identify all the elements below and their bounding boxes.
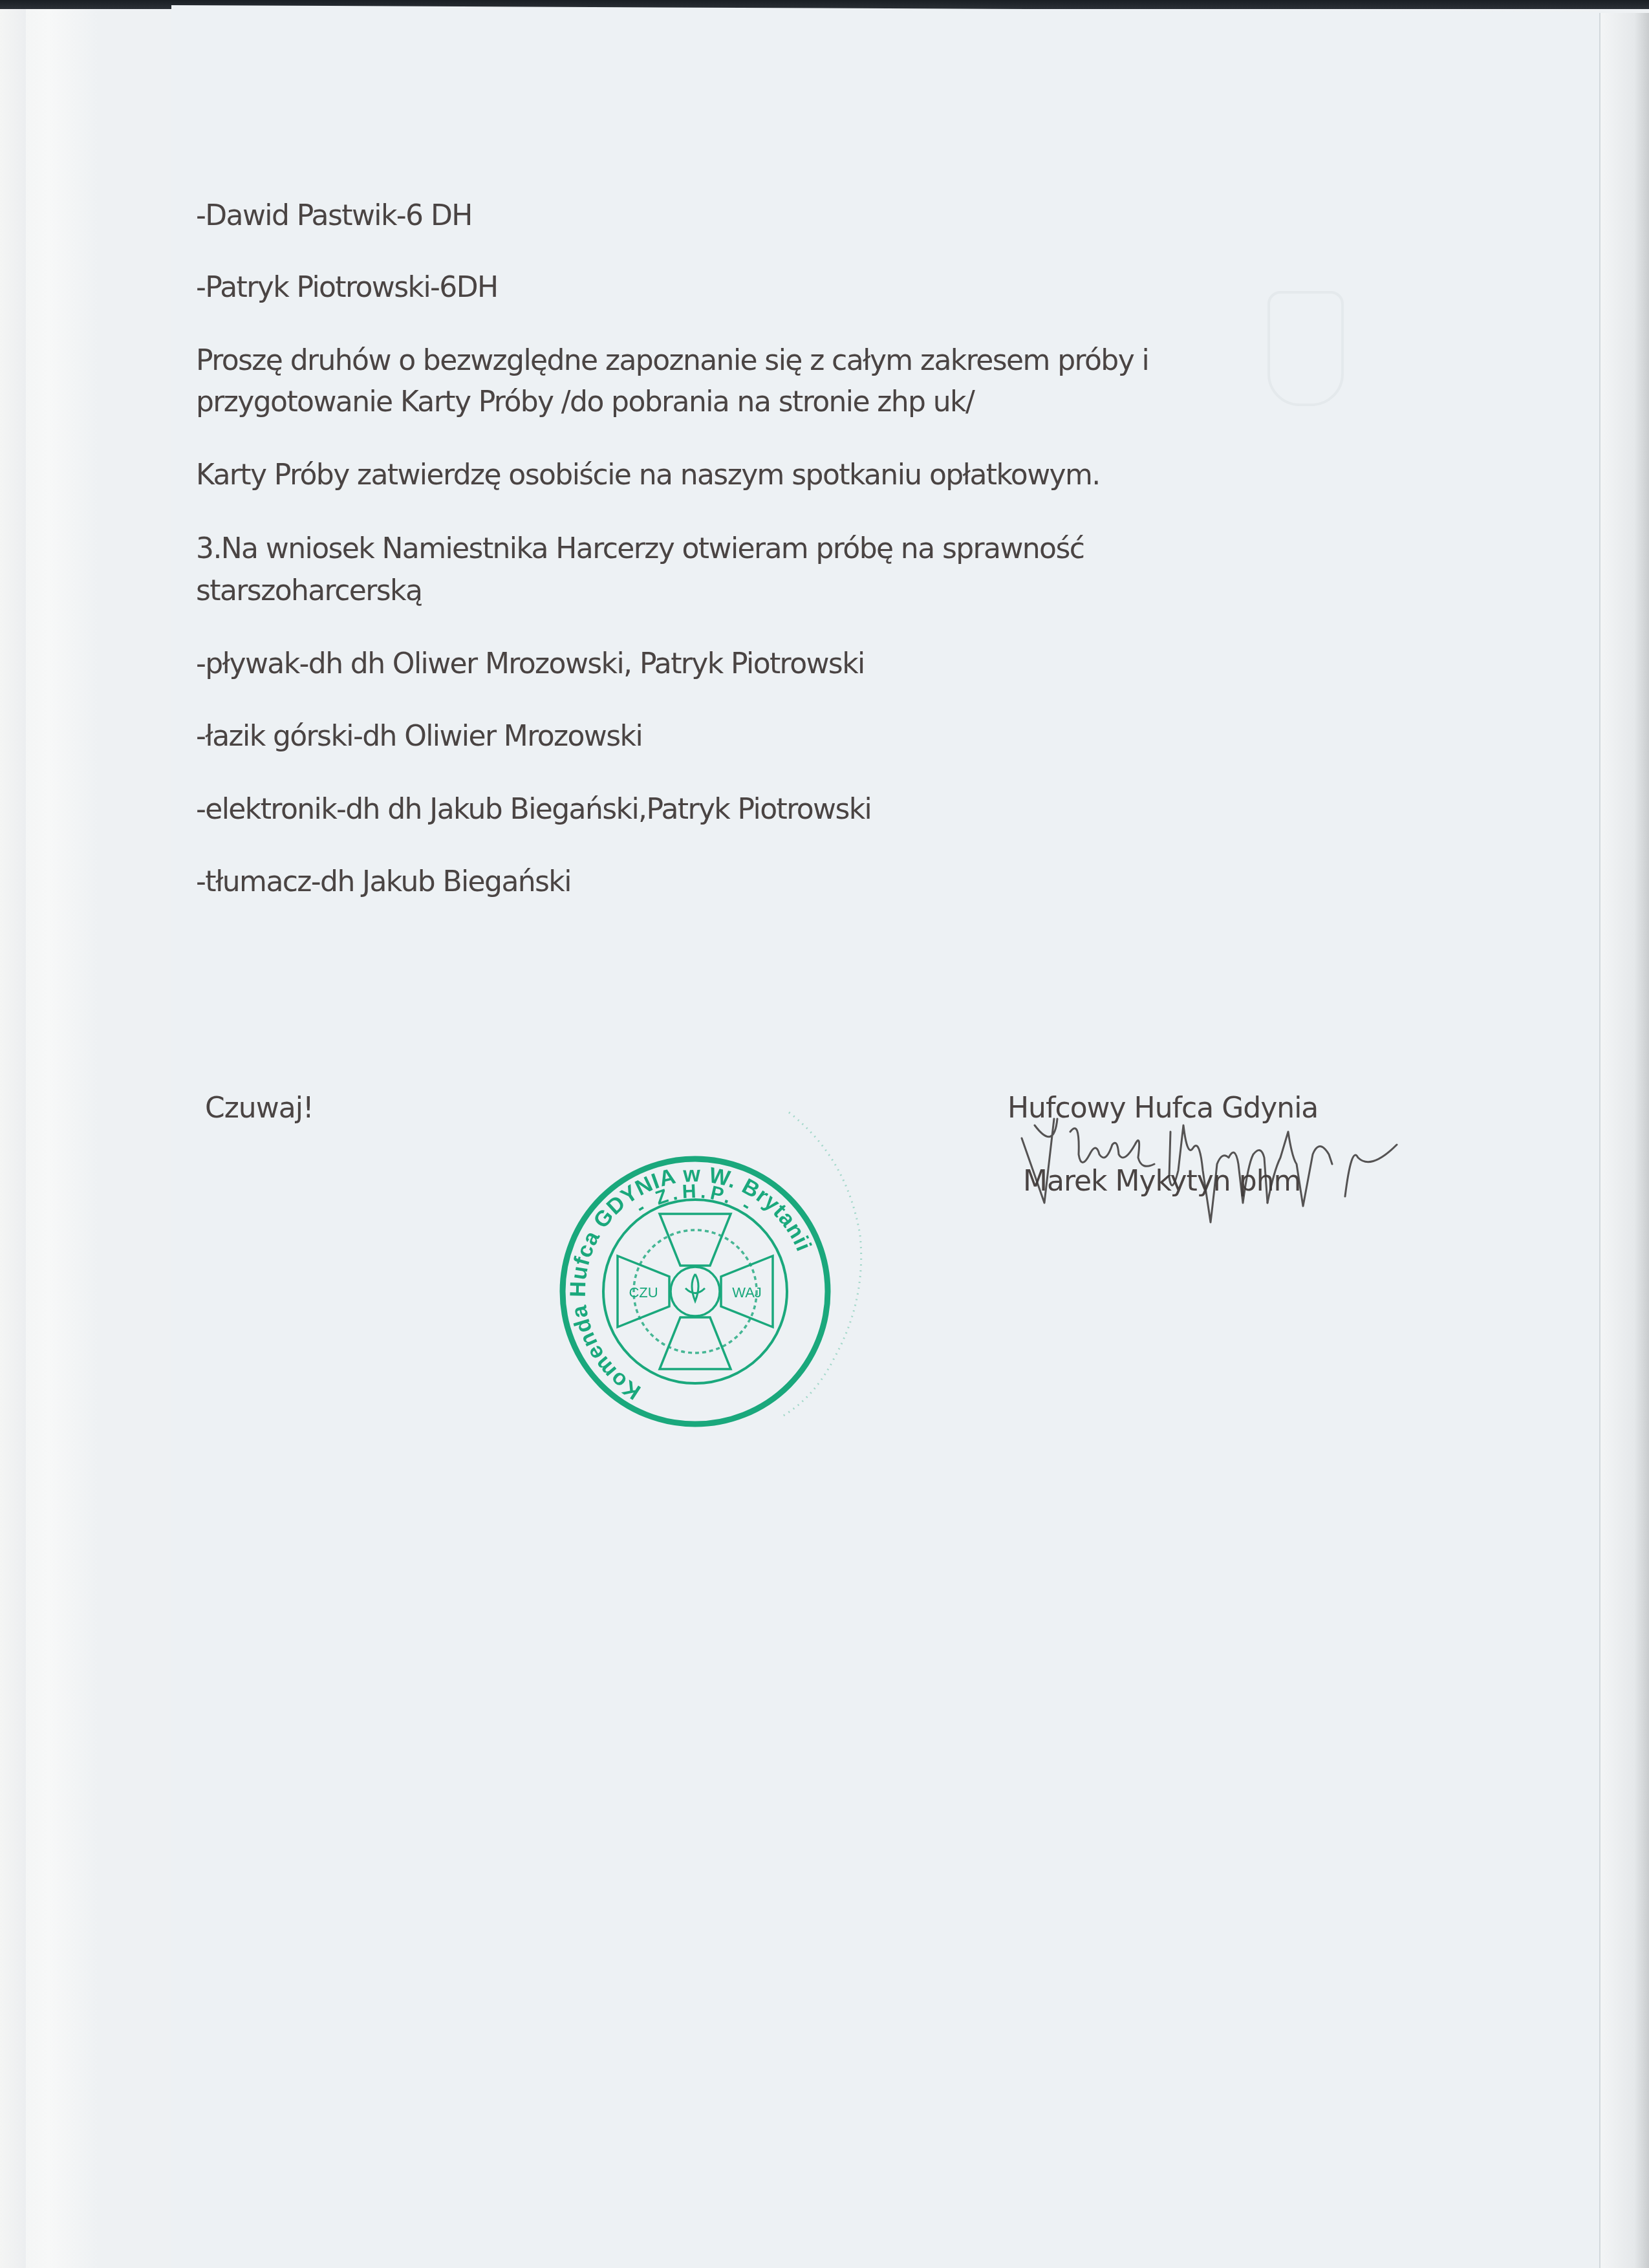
recipient-line: -Patryk Piotrowski-6DH — [196, 274, 498, 302]
stamp-cross-right-text: WAJ — [732, 1284, 762, 1301]
recipient-line: -Dawid Pastwik-6 DH — [196, 202, 472, 230]
approval-note: Karty Próby zatwierdzę osobiście na nasz… — [196, 461, 1100, 490]
zhp-official-stamp: - Z.H.P. - Komenda Hufca GDYNIA w W. Bry… — [556, 1152, 834, 1431]
section3-heading: starszoharcerską — [196, 577, 422, 605]
paper-fold-line — [1599, 13, 1600, 2268]
right-paper-edge — [1600, 13, 1649, 2268]
badge-item: -tłumacz-dh Jakub Biegański — [196, 868, 571, 896]
badge-item: -łazik górski-dh Oliwier Mrozowski — [196, 722, 642, 751]
left-paper-edge — [0, 9, 26, 2268]
handwritten-signature — [1009, 1093, 1423, 1235]
instruction-line: Proszę druhów o bezwzględne zapoznanie s… — [196, 347, 1148, 375]
badge-item: -pływak-dh dh Oliwer Mrozowski, Patryk P… — [196, 650, 865, 678]
section3-heading: 3.Na wniosek Namiestnika Harcerzy otwier… — [196, 535, 1084, 563]
instruction-line: przygotowanie Karty Próby /do pobrania n… — [196, 388, 974, 416]
closing-greeting: Czuwaj! — [205, 1094, 314, 1123]
stamp-cross-left-text: CZU — [629, 1284, 658, 1301]
badge-item: -elektronik-dh dh Jakub Biegański,Patryk… — [196, 795, 871, 824]
